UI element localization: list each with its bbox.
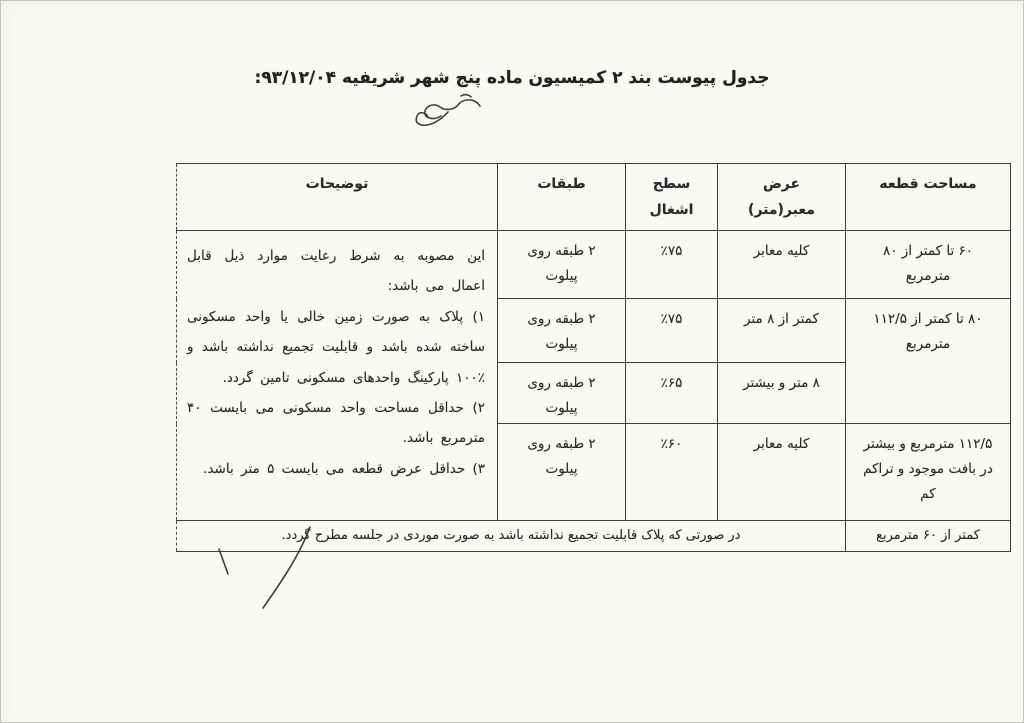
cell-area: ۶۰ تا کمتر از ۸۰ مترمربع bbox=[846, 231, 1011, 299]
cell-corridor: کلیه معابر bbox=[718, 424, 846, 521]
note-line: ۳) حداقل عرض قطعه می بایست ۵ متر باشد. bbox=[187, 454, 485, 484]
table-row: ۶۰ تا کمتر از ۸۰ مترمربع کلیه معابر ٪۷۵ … bbox=[177, 231, 1011, 299]
header-floors: طبقات bbox=[498, 164, 626, 231]
cell-corridor: کلیه معابر bbox=[718, 231, 846, 299]
table-footer-row: کمتر از ۶۰ مترمربع در صورتی که پلاک قابل… bbox=[177, 521, 1011, 552]
zoning-table: مساحت قطعه عرض معبر(متر) سطح اشغال طبقات… bbox=[176, 163, 1011, 552]
cell-occupancy: ٪۷۵ bbox=[626, 231, 718, 299]
cell-notes: این مصوبه به شرط رعایت موارد ذیل قابل اع… bbox=[177, 231, 498, 521]
cell-floors: ۲ طبقه روی پیلوت bbox=[498, 424, 626, 521]
header-notes: توضیحات bbox=[177, 164, 498, 231]
note-line: این مصوبه به شرط رعایت موارد ذیل قابل اع… bbox=[187, 241, 485, 302]
cell-occupancy: ٪۷۵ bbox=[626, 299, 718, 363]
footer-note-cell: در صورتی که پلاک قابلیت تجمیع نداشته باش… bbox=[177, 521, 846, 552]
note-line: ۲) حداقل مساحت واحد مسکونی می بایست ۴۰ م… bbox=[187, 393, 485, 454]
document-title: جدول پیوست بند ۲ کمیسیون ماده پنج شهر شر… bbox=[0, 68, 1024, 88]
scanned-document-page: { "page": { "title": "جدول پیوست بند ۲ ک… bbox=[0, 0, 1024, 723]
cell-area: ۱۱۲/۵ مترمربع و بیشتر در بافت موجود و تر… bbox=[846, 424, 1011, 521]
header-corridor-width: عرض معبر(متر) bbox=[718, 164, 846, 231]
cell-occupancy: ٪۶۵ bbox=[626, 363, 718, 424]
cell-floors: ۲ طبقه روی پیلوت bbox=[498, 299, 626, 363]
header-occupancy: سطح اشغال bbox=[626, 164, 718, 231]
cell-floors: ۲ طبقه روی پیلوت bbox=[498, 363, 626, 424]
table-header-row: مساحت قطعه عرض معبر(متر) سطح اشغال طبقات… bbox=[177, 164, 1011, 231]
cell-corridor: کمتر از ۸ متر bbox=[718, 299, 846, 363]
header-plot-area: مساحت قطعه bbox=[846, 164, 1011, 231]
cell-corridor: ۸ متر و بیشتر bbox=[718, 363, 846, 424]
cell-area: ۸۰ تا کمتر از ۱۱۲/۵ مترمربع bbox=[846, 299, 1011, 424]
handwritten-signature-icon bbox=[404, 90, 488, 142]
footer-area-cell: کمتر از ۶۰ مترمربع bbox=[846, 521, 1011, 552]
cell-floors: ۲ طبقه روی پیلوت bbox=[498, 231, 626, 299]
note-line: ۱) پلاک به صورت زمین خالی یا واحد مسکونی… bbox=[187, 302, 485, 393]
cell-occupancy: ٪۶۰ bbox=[626, 424, 718, 521]
